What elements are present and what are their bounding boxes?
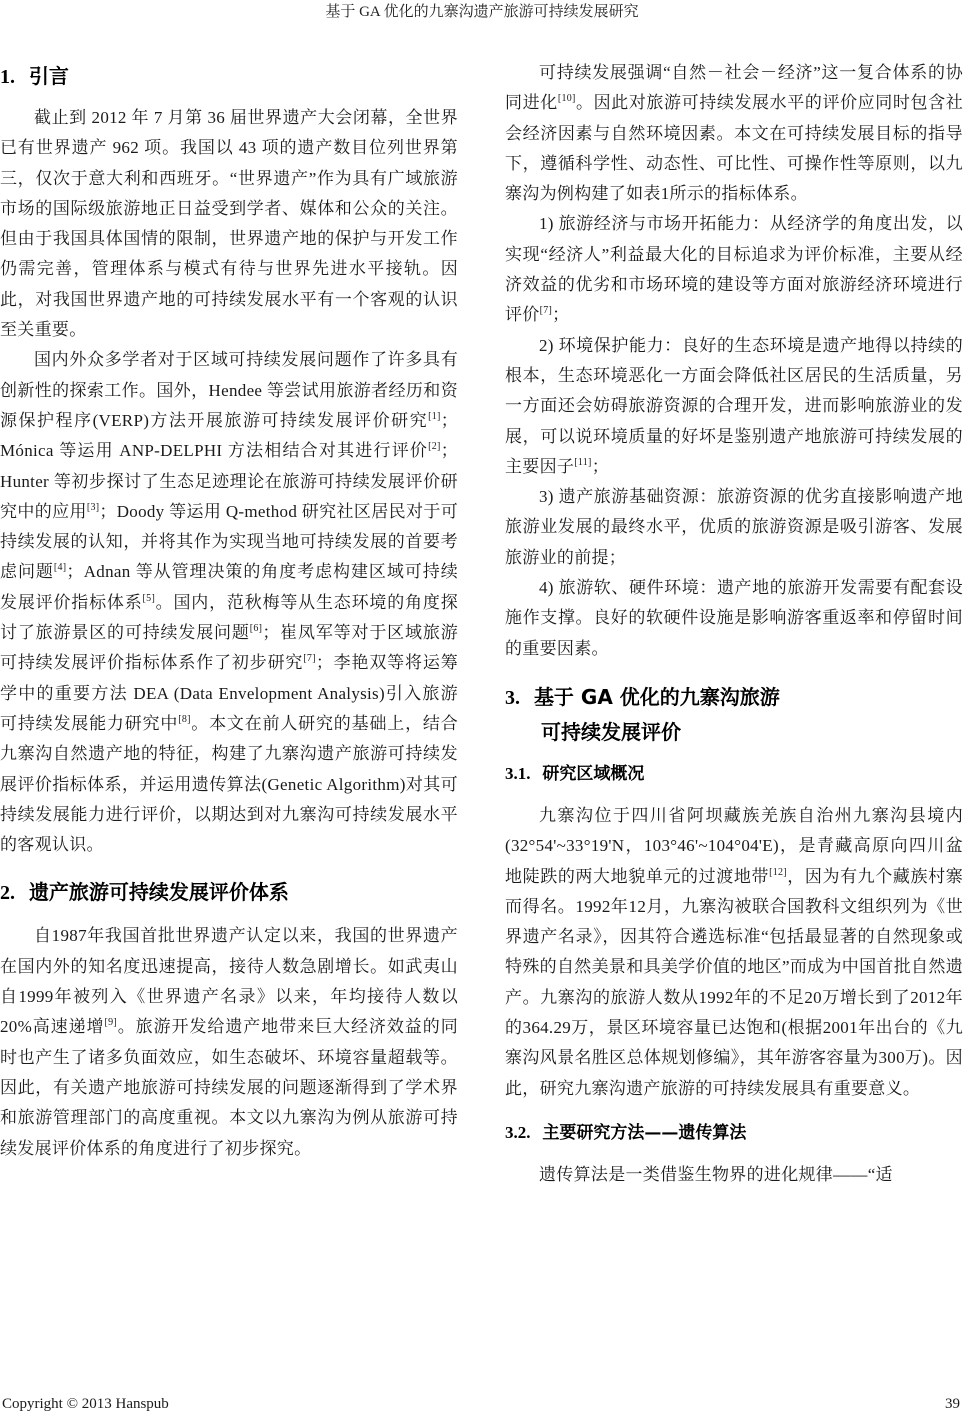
citation[interactable]: [3] <box>87 502 100 513</box>
subsection-heading-3-2: 3.2. 主要研究方法——遗传算法 <box>505 1118 963 1148</box>
citation[interactable]: [12] <box>769 867 787 878</box>
copyright-footer: Copyright © 2013 Hanspub <box>2 1395 169 1413</box>
list-item-1: 1) 旅游经济与市场开拓能力：从经济学的角度出发，以实现“经济人”利益最大化的目… <box>505 209 963 330</box>
left-column: 1. 引言 截止到 2012 年 7 月第 36 届世界遗产大会闭幕，全世界已有… <box>0 58 458 1164</box>
paragraph-right-1: 可持续发展强调“自然－社会－经济”这一复合体系的协同进化[10]。因此对旅游可持… <box>505 58 963 209</box>
paragraph-ga-method: 遗传算法是一类借鉴生物界的进化规律——“适 <box>505 1160 963 1190</box>
citation[interactable]: [7] <box>303 653 316 664</box>
list-item-2: 2) 环境保护能力：良好的生态环境是遗产地得以持续的根本，生态环境恶化一方面会降… <box>505 331 963 482</box>
citation[interactable]: [9] <box>104 1017 117 1028</box>
paragraph-intro-1: 截止到 2012 年 7 月第 36 届世界遗产大会闭幕，全世界已有世界遗产 9… <box>0 103 458 345</box>
running-header: 基于 GA 优化的九寨沟遗产旅游可持续发展研究 <box>0 2 964 22</box>
paragraph-intro-2: 国内外众多学者对于区域可持续发展问题作了许多具有创新性的探索工作。国外，Hend… <box>0 345 458 860</box>
paragraph-sec2-1: 自1987年我国首批世界遗产认定以来，我国的世界遗产在国内外的知名度迅速提高，接… <box>0 921 458 1163</box>
citation[interactable]: [2] <box>428 441 441 452</box>
citation[interactable]: [11] <box>574 457 592 468</box>
right-column: 可持续发展强调“自然－社会－经济”这一复合体系的协同进化[10]。因此对旅游可持… <box>505 58 963 1190</box>
section-heading-3: 3. 基于 GA 优化的九寨沟旅游 可持续发展评价 <box>505 680 963 749</box>
citation[interactable]: [4] <box>54 562 67 573</box>
subsection-heading-3-1: 3.1. 研究区域概况 <box>505 759 963 789</box>
citation[interactable]: [8] <box>178 714 191 725</box>
citation[interactable]: [6] <box>250 623 263 634</box>
list-item-4: 4) 旅游软、硬件环境：遗产地的旅游开发需要有配套设施作支撑。良好的软硬件设施是… <box>505 573 963 664</box>
citation[interactable]: [5] <box>143 593 156 604</box>
citation[interactable]: [7] <box>540 305 553 316</box>
list-item-3: 3) 遗产旅游基础资源：旅游资源的优劣直接影响遗产地旅游业发展的最终水平，优质的… <box>505 482 963 573</box>
paragraph-study-area: 九寨沟位于四川省阿坝藏族羌族自治州九寨沟县境内(32°54'~33°19'N，1… <box>505 801 963 1104</box>
section-heading-2: 2. 遗产旅游可持续发展评价体系 <box>0 874 458 911</box>
section-heading-1: 1. 引言 <box>0 58 458 95</box>
citation[interactable]: [1] <box>428 411 441 422</box>
citation[interactable]: [10] <box>558 93 576 104</box>
page-number: 39 <box>945 1395 960 1413</box>
